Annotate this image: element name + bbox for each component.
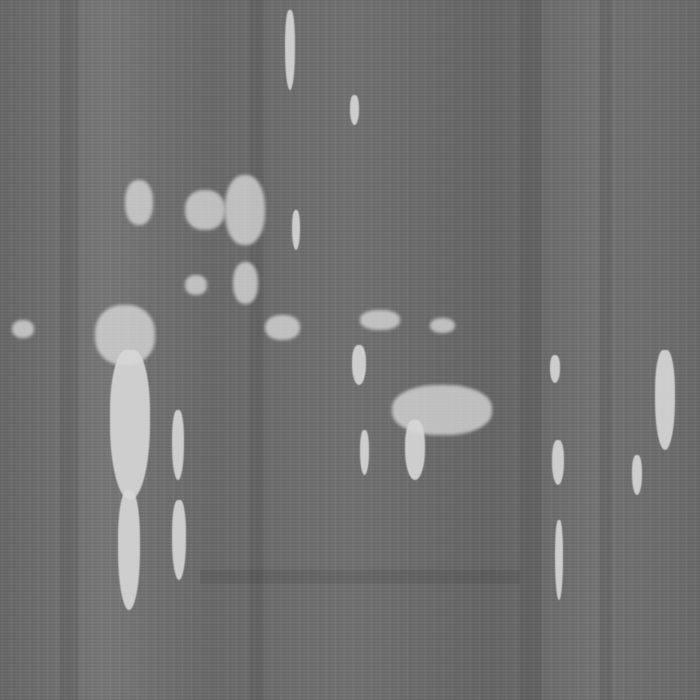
paint-patch <box>185 190 225 230</box>
paint-patch <box>12 320 34 338</box>
paint-drip <box>110 350 150 500</box>
paint-patch <box>125 180 153 225</box>
dark-streak <box>520 0 542 700</box>
dark-streak <box>200 570 520 584</box>
dark-streak <box>250 0 264 700</box>
paint-drip <box>552 440 564 485</box>
paint-patch <box>430 318 455 333</box>
paint-drip <box>172 410 184 480</box>
paint-drip <box>405 420 425 480</box>
grunge-texture <box>0 0 700 700</box>
paint-drip <box>655 350 675 450</box>
paint-drip <box>118 490 140 610</box>
paint-drip <box>550 355 560 383</box>
dark-streak <box>60 0 78 700</box>
paint-patch <box>185 275 207 295</box>
paint-drip <box>360 430 369 475</box>
paint-drip <box>632 455 642 495</box>
paint-patch <box>360 310 400 330</box>
paint-drip <box>352 345 366 385</box>
dark-streak <box>600 0 612 700</box>
paint-drip <box>285 10 295 90</box>
paint-drip <box>172 500 186 580</box>
paint-patch <box>233 262 258 304</box>
paint-patch <box>265 315 300 340</box>
paint-patch <box>225 175 265 245</box>
paint-drip <box>292 210 300 250</box>
paint-drip <box>350 95 359 125</box>
paint-drip <box>555 520 563 600</box>
